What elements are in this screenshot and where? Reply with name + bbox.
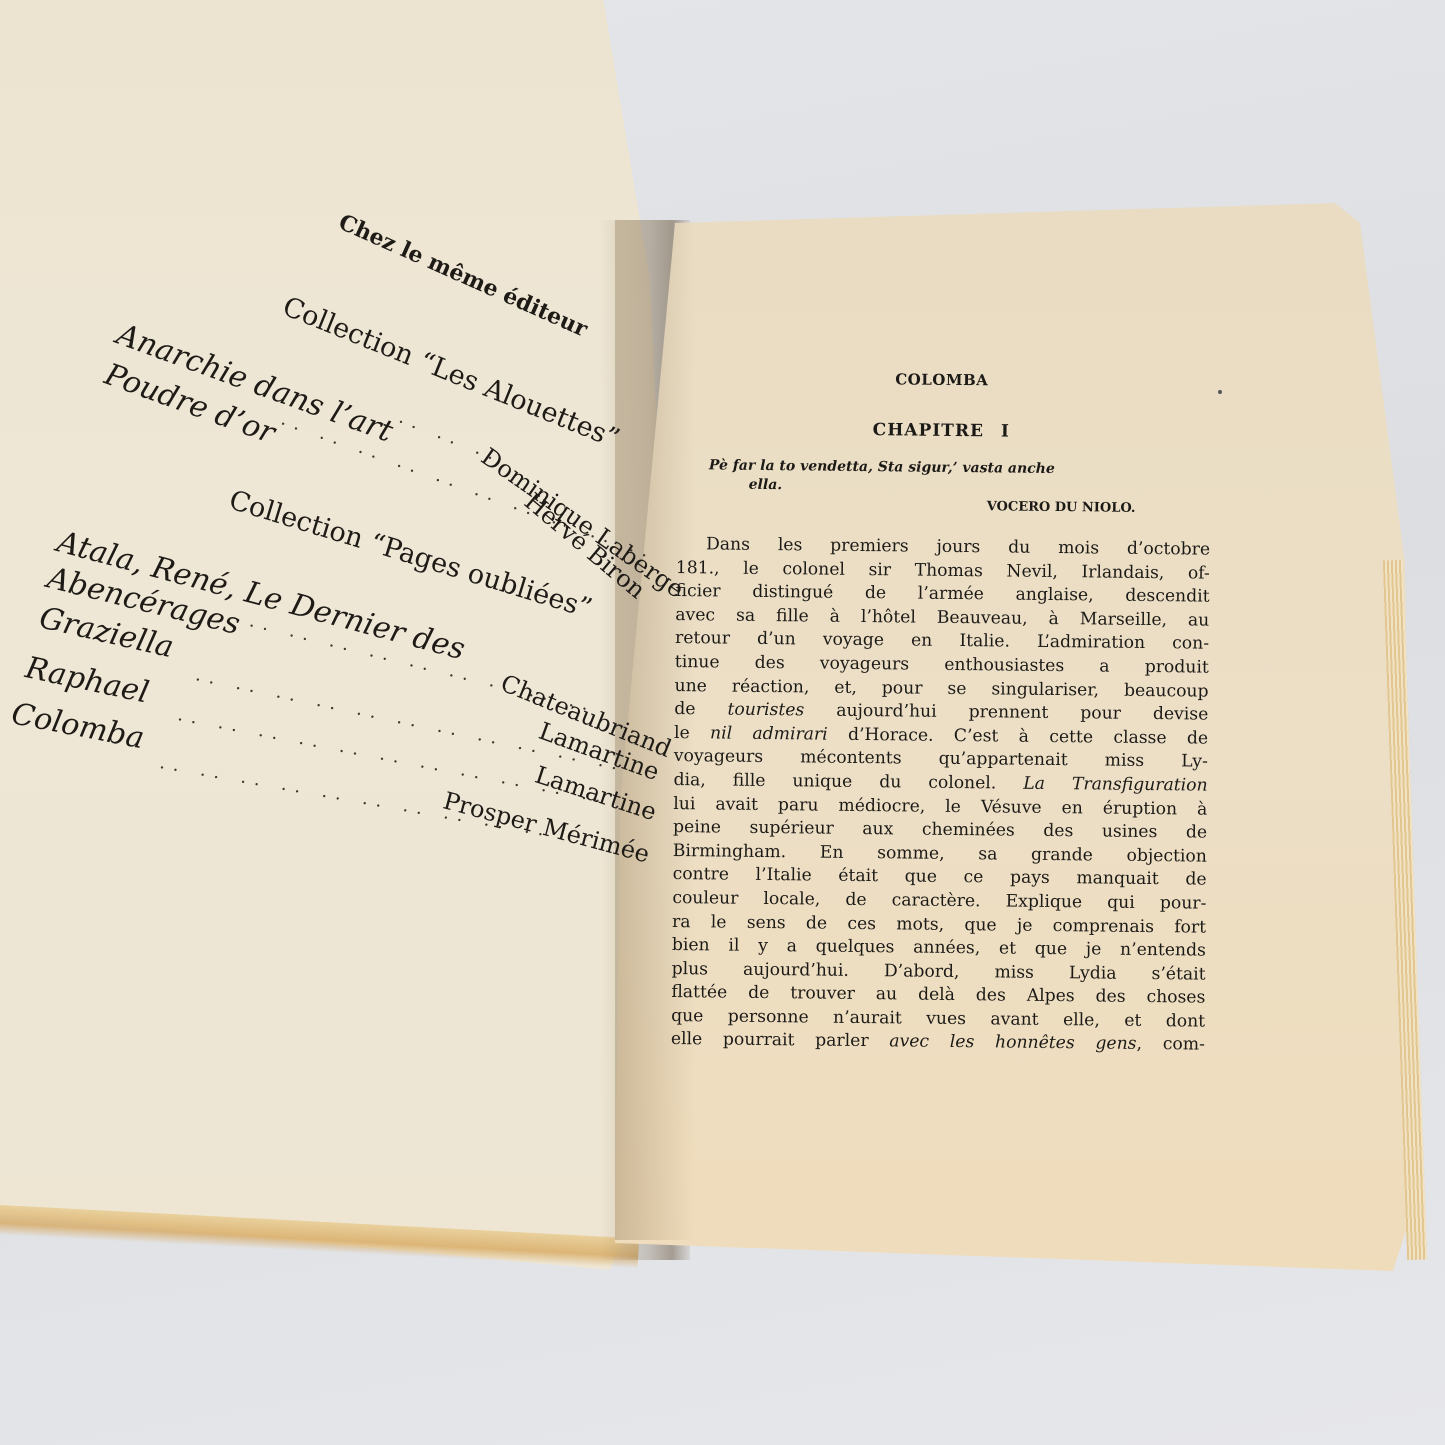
- chapter-body: Dans les premiers jours du mois d’octobr…: [665, 533, 1210, 1058]
- epigraph: Pè far la to vendetta, Sta sigur,’ vasta…: [709, 456, 1211, 499]
- photo-scene: Chez le même éditeur Collection “Les Alo…: [0, 0, 1445, 1445]
- publisher-heading: Chez le même éditeur: [335, 209, 592, 342]
- chapter-page: COLOMBA CHAPITRE I Pè far la to vendetta…: [665, 360, 1212, 1058]
- epigraph-source: VOCERO DU NIOLO.: [670, 496, 1135, 516]
- epigraph-line-2: ella.: [709, 475, 1211, 499]
- publisher-list: Chez le même éditeur Collection “Les Alo…: [0, 0, 700, 900]
- epigraph-line-1: Pè far la to vendetta, Sta sigur,’ vasta…: [709, 457, 1055, 477]
- chapter-heading: CHAPITRE I: [671, 418, 1211, 444]
- ink-speck: [1218, 390, 1222, 394]
- book-title: COLOMBA: [672, 368, 1212, 392]
